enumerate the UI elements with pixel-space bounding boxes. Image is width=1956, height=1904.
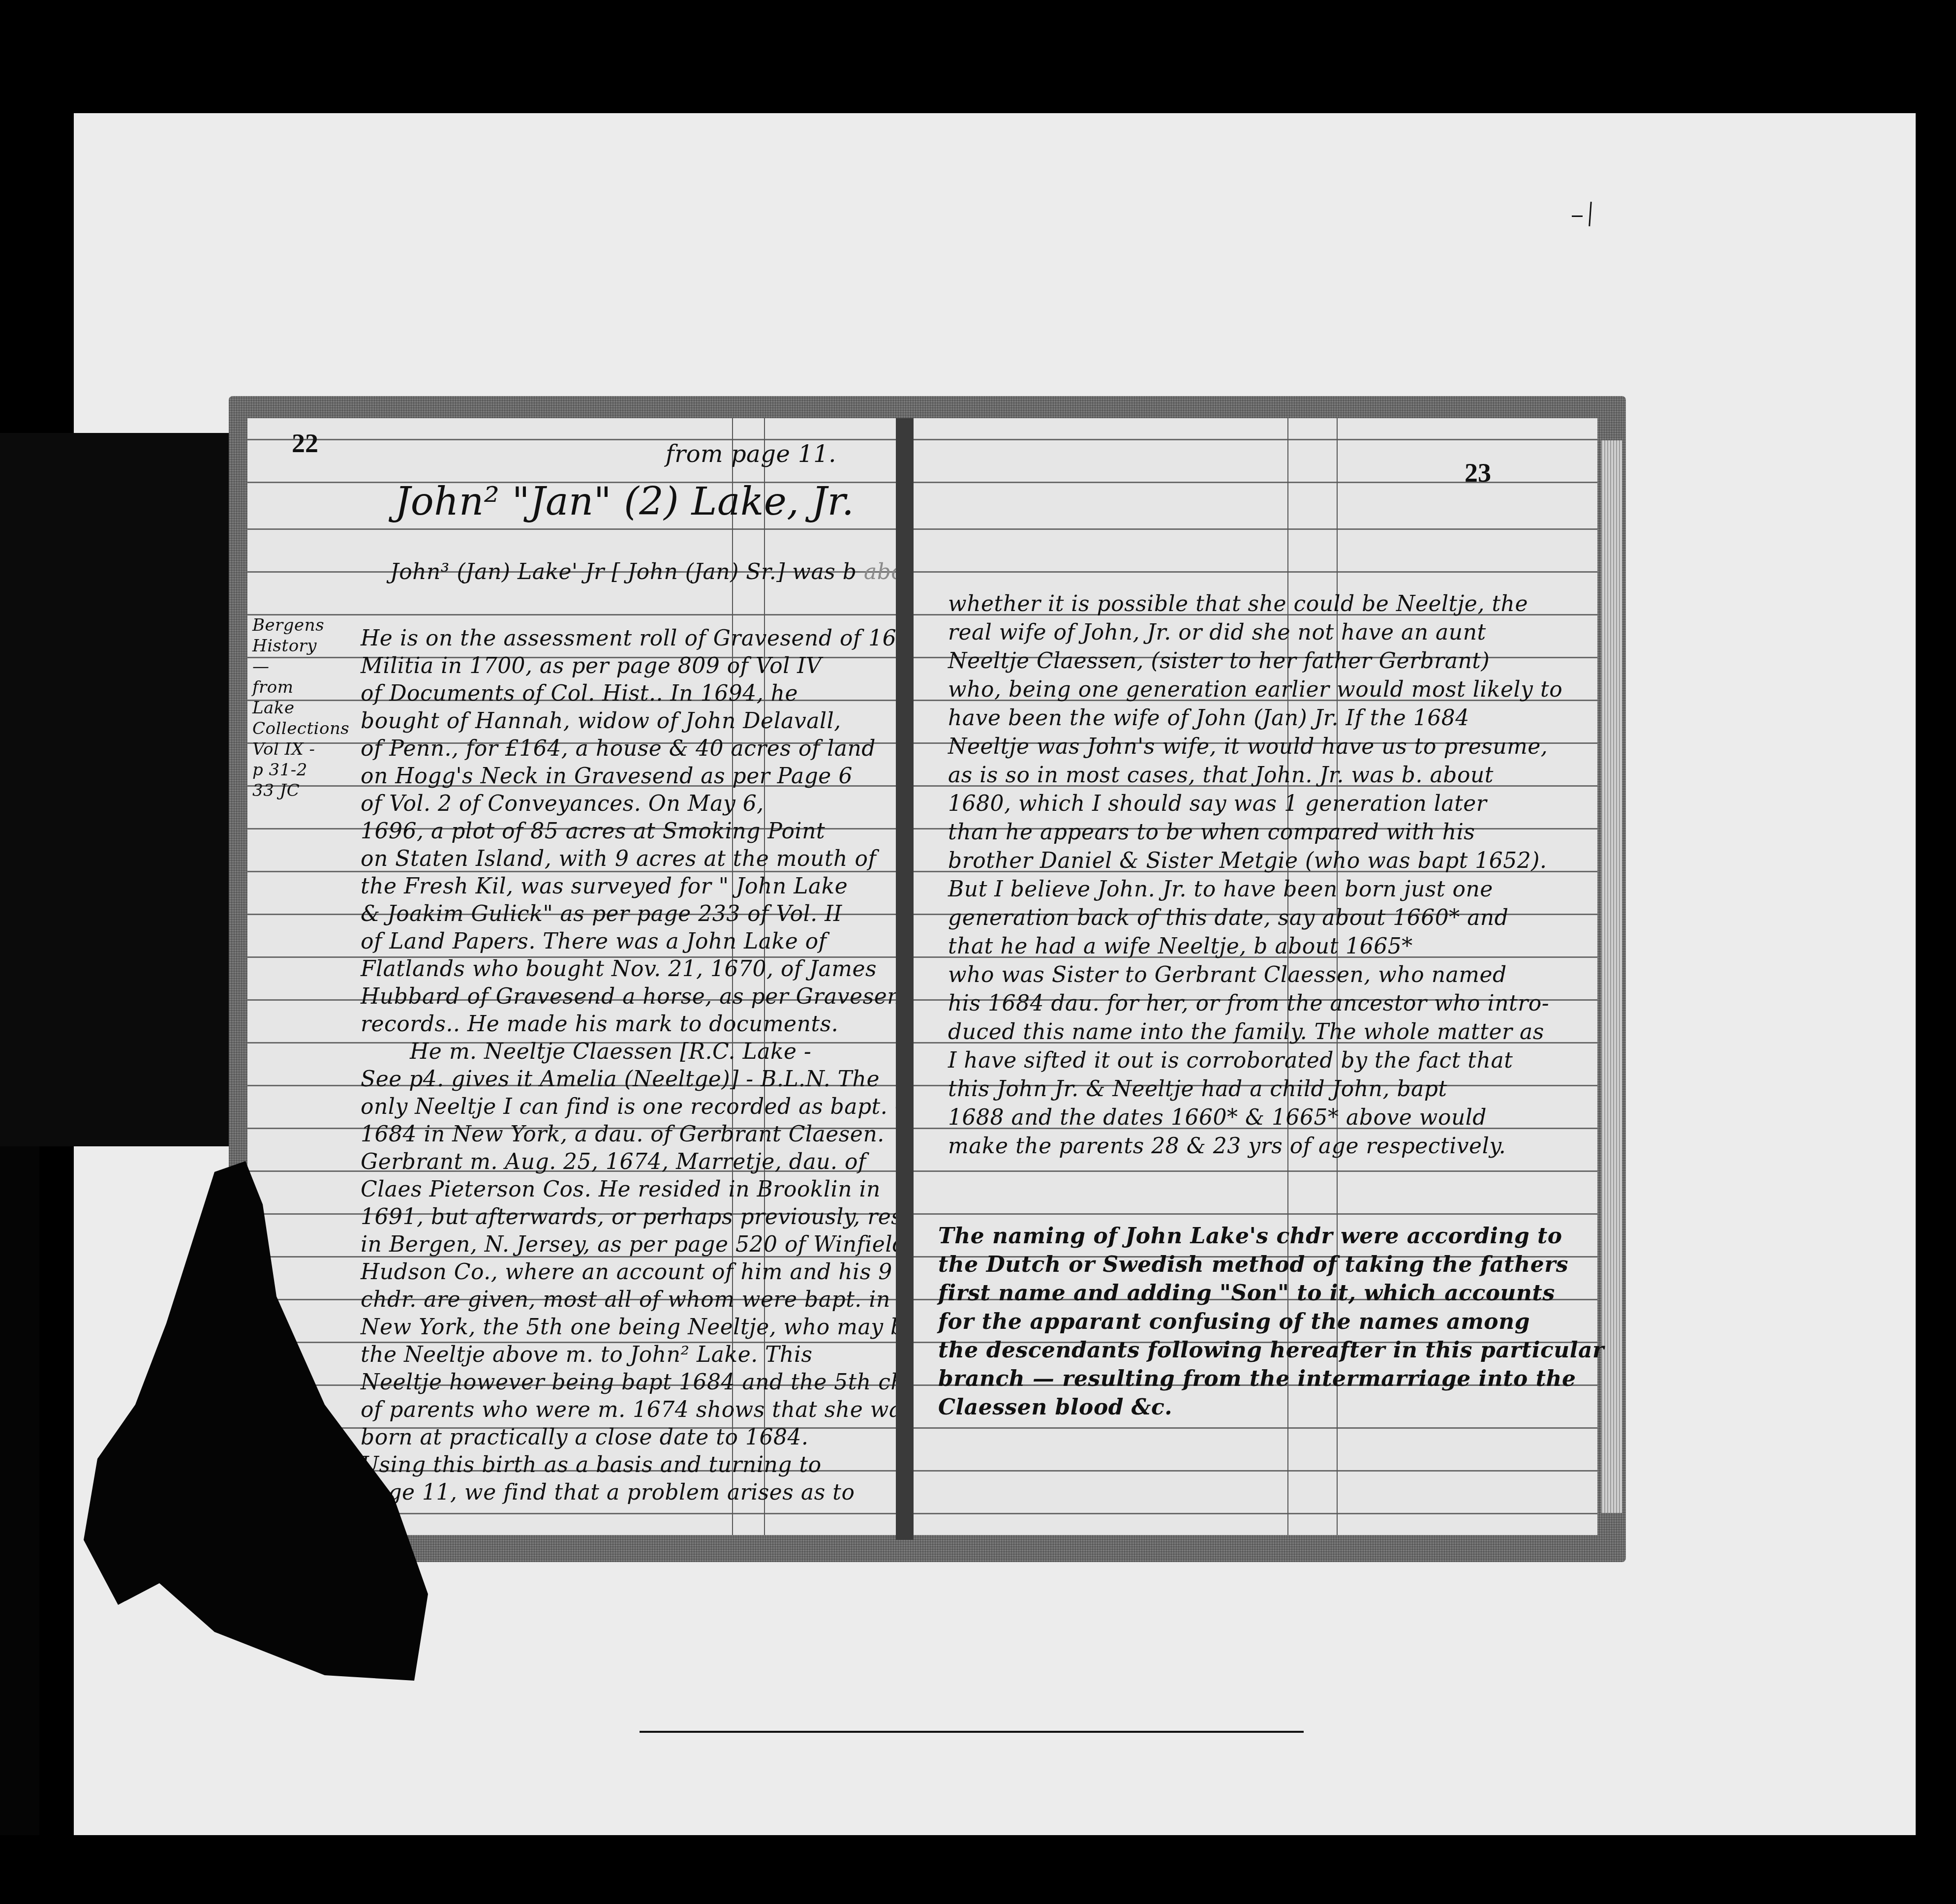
margin-note: Bergens History — from Lake Collections …: [252, 615, 326, 801]
subtitle-text: John³ (Jan) Lake' Jr [ John (Jan) Sr.] w…: [390, 559, 856, 584]
page-reference: from page 11.: [666, 433, 836, 475]
margin-note-line: from Lake: [252, 677, 326, 718]
right-page: 23 whether it is possible that she could…: [914, 418, 1597, 1535]
left-dark-border: [0, 433, 231, 1146]
left-page: 22 from page 11. John² "Jan" (2) Lake, J…: [247, 418, 897, 1535]
bottom-dark-border: [0, 1835, 1956, 1904]
open-ledger: 22 from page 11. John² "Jan" (2) Lake, J…: [229, 396, 1626, 1562]
entry-title: John² "Jan" (2) Lake, Jr.: [395, 480, 854, 524]
margin-note-line: Collections: [252, 718, 326, 739]
page-edges: [1601, 440, 1622, 1513]
left-dark-border-lower: [0, 1146, 39, 1835]
book-gutter: [896, 418, 914, 1540]
text-line: make the parents 28 & 23 yrs of age resp…: [948, 1125, 1506, 1167]
note-line: Claessen blood &c.: [938, 1386, 1172, 1429]
registration-mark-icon: [1572, 202, 1591, 226]
page-number: 23: [1465, 458, 1491, 488]
margin-note-line: Vol IX - p 31-2: [252, 739, 326, 780]
margin-note-line: Bergens: [252, 615, 326, 636]
footer-rule: [640, 1731, 1304, 1733]
text-line: page 11, we find that a problem arises a…: [361, 1472, 855, 1514]
page-number: 22: [292, 428, 318, 459]
margin-note-line: 33 JC: [252, 780, 326, 801]
margin-note-line: History —: [252, 636, 326, 677]
